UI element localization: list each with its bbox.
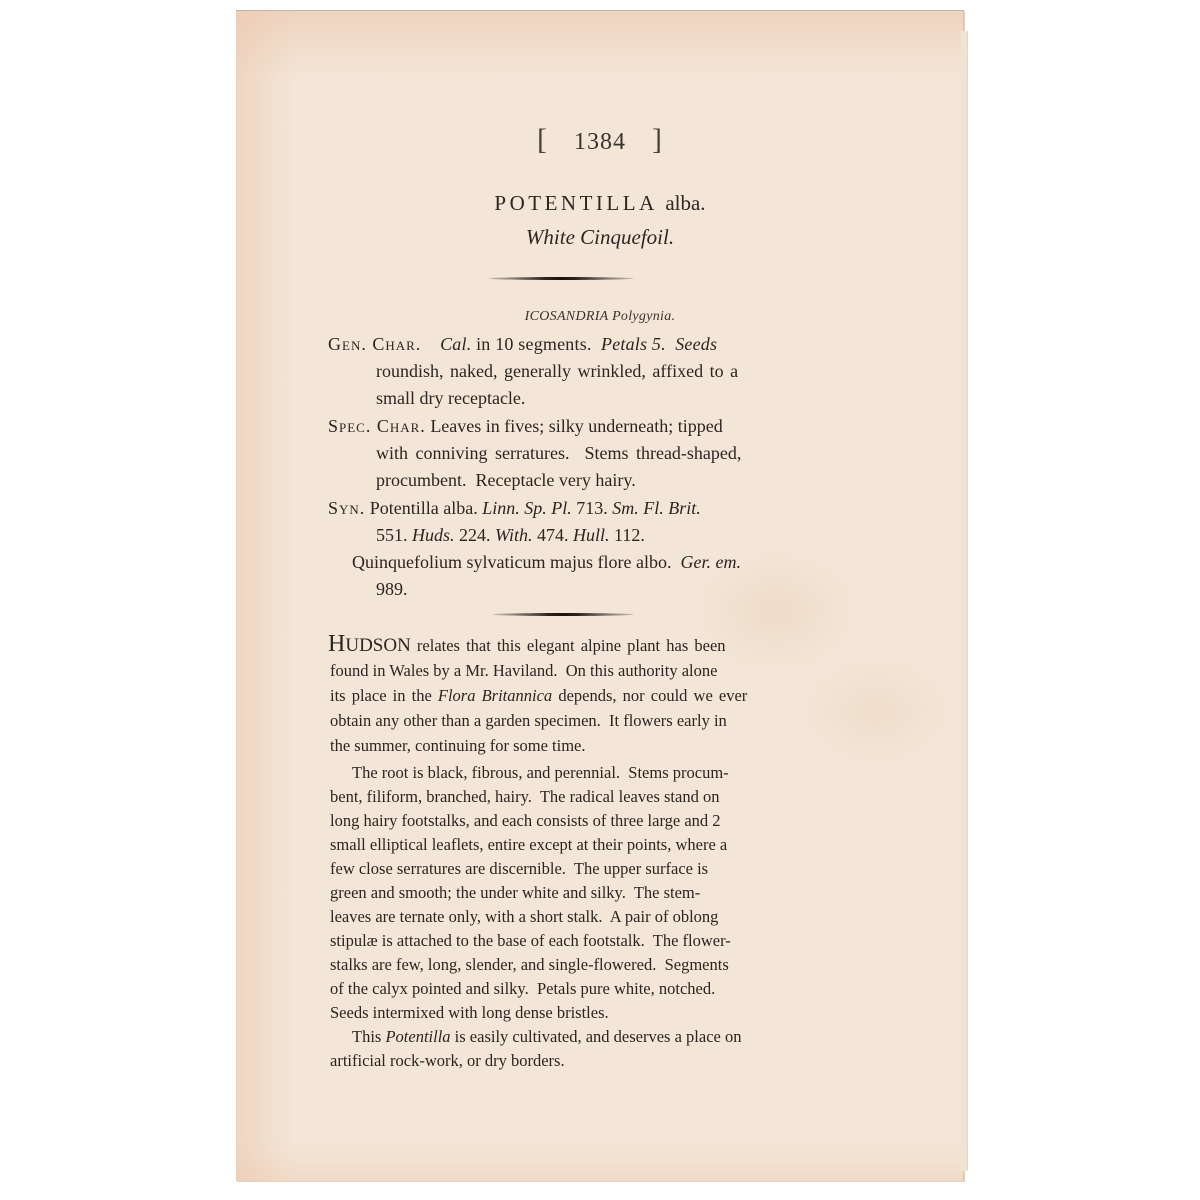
syn-line-2: 551. Huds. 224. With. 474. Hull. 112. — [376, 525, 645, 546]
spec-char-line-1: Spec. Char. Leaves in fives; silky under… — [328, 416, 723, 437]
gen-char-line-3: small dry receptacle. — [376, 388, 525, 409]
body-p2-line-4: small elliptical leaflets, entire except… — [330, 835, 727, 855]
body-p2-line-5: few close serratures are discernible. Th… — [330, 859, 708, 879]
drop-cap: H — [328, 631, 345, 657]
common-name: White Cinquefoil. — [236, 225, 964, 250]
body-p2-line-1: The root is black, fibrous, and perennia… — [352, 763, 729, 783]
body-p1-line-4: obtain any other than a garden specimen.… — [330, 711, 727, 731]
spec-char-label: Spec. Char. — [328, 416, 426, 436]
gen-char-line-2: roundish, naked, generally wrinkled, aff… — [376, 361, 738, 382]
body-p2-line-10: of the calyx pointed and silky. Petals p… — [330, 979, 715, 999]
body-p1-line-5: the summer, continuing for some time. — [330, 736, 586, 756]
gen-char-label: Gen. Char. — [328, 334, 421, 354]
species-title: POTENTILLA alba. — [236, 191, 964, 216]
ornamental-rule-top — [488, 277, 634, 280]
spec-char-line-3: procumbent. Receptacle very hairy. — [376, 470, 636, 491]
syn-line-4: 989. — [376, 579, 408, 600]
species-name: alba. — [665, 191, 705, 215]
bracket-open: [ — [537, 123, 548, 156]
body-p1-line-3: its place in the Flora Britannica depend… — [330, 686, 747, 706]
gen-char-line-1: Gen. Char. Cal. in 10 segments. Petals 5… — [328, 334, 717, 355]
ordo: Polygynia. — [612, 309, 675, 324]
genus-name: POTENTILLA — [494, 191, 656, 215]
book-page: [1384] POTENTILLA alba. White Cinquefoil… — [236, 10, 964, 1181]
body-p2-line-7: leaves are ternate only, with a short st… — [330, 907, 718, 927]
plate-number: [1384] — [236, 123, 964, 157]
body-p3-line-2: artificial rock-work, or dry borders. — [330, 1051, 565, 1071]
ornamental-rule-bottom — [492, 613, 634, 616]
body-p2-line-9: stalks are few, long, slender, and singl… — [330, 955, 729, 975]
bracket-close: ] — [652, 123, 663, 156]
syn-label: Syn. — [328, 498, 365, 518]
syn-line-3: Quinquefolium sylvaticum majus flore alb… — [352, 552, 741, 573]
plate-number-value: 1384 — [574, 129, 626, 155]
body-p2-line-11: Seeds intermixed with long dense bristle… — [330, 1003, 609, 1023]
body-p2-line-8: stipulæ is attached to the base of each … — [330, 931, 731, 951]
body-p2-line-6: green and smooth; the under white and si… — [330, 883, 700, 903]
body-p1-line-1: HUDSON relates that this elegant alpine … — [328, 631, 726, 658]
body-p1-line-2: found in Wales by a Mr. Haviland. On thi… — [330, 661, 717, 681]
body-p2-line-2: bent, filiform, branched, hairy. The rad… — [330, 787, 719, 807]
spec-char-line-2: with conniving serratures. Stems thread-… — [376, 443, 741, 464]
linnaean-classification: ICOSANDRIA Polygynia. — [236, 309, 964, 325]
syn-line-1: Syn. Potentilla alba. Linn. Sp. Pl. 713.… — [328, 498, 701, 519]
body-p3-line-1: This Potentilla is easily cultivated, an… — [352, 1027, 741, 1047]
classis: ICOSANDRIA — [525, 309, 609, 324]
body-p2-line-3: long hairy footstalks, and each consists… — [330, 811, 721, 831]
